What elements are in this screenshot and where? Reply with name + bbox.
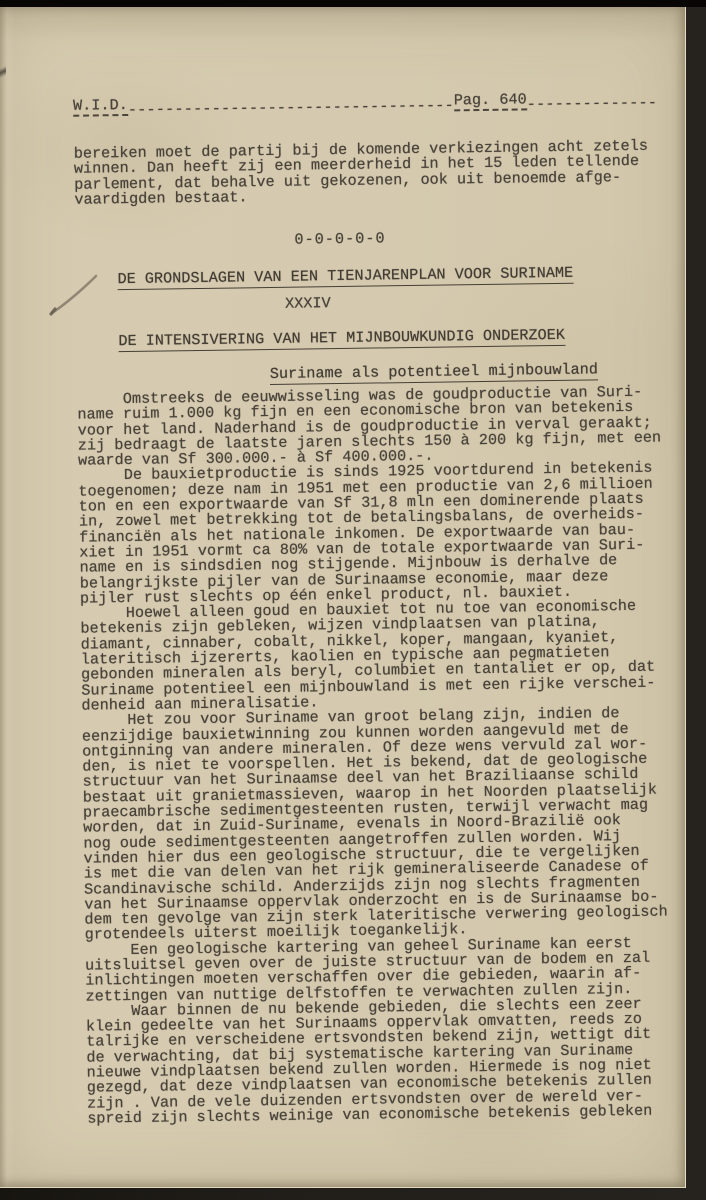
- document-title-row: DE GRONDSLAGEN VAN EEN TIENJARENPLAN VOO…: [117, 266, 573, 291]
- chapter-numeral-row: XXXIV: [76, 293, 540, 315]
- document-subtitle: DE INTENSIVERING VAN HET MIJNBOUWKUNDIG …: [118, 328, 565, 353]
- chapter-numeral: XXXIV: [285, 294, 331, 313]
- header-rule-dashes: -----------------------------------: [128, 98, 454, 118]
- archive-code: W.I.D.: [73, 98, 128, 117]
- paragraph-mineral-finds: Hoewel alleen goud en bauxiet tot nu toe…: [80, 599, 665, 714]
- header-rule-dashes-end: --------------: [527, 96, 658, 113]
- scanned-document-page: W.I.D. ---------------------------------…: [0, 0, 706, 1200]
- document-subtitle-row: DE INTENSIVERING VAN HET MIJNBOUWKUNDIG …: [118, 328, 565, 353]
- section-heading: Suriname als potentieel mijnbouwland: [270, 362, 598, 385]
- page-header: W.I.D. ---------------------------------…: [73, 91, 657, 117]
- paragraph-intro: bereiken moet de partij bij de komende v…: [74, 139, 649, 208]
- body-text: Omstreeks de eeuwwisseling was de goudpr…: [77, 385, 670, 1127]
- paragraph-expectations: Waar binnen de nu bekende gebieden, die …: [86, 996, 671, 1127]
- section-heading-row: Suriname als potentieel mijnbouwland: [270, 362, 598, 385]
- section-separator: 0-0-0-0-0: [75, 228, 605, 251]
- page-number: Pag. 640: [454, 92, 527, 111]
- paragraph-bauxite-production: De bauxietproductie is sinds 1925 voortd…: [78, 461, 663, 607]
- paper-sheet: W.I.D. ---------------------------------…: [0, 7, 686, 1188]
- paragraph-gold-production: Omstreeks de eeuwwisseling was de goudpr…: [77, 385, 661, 470]
- paragraph-geological-mapping: Een geologische kartering van geheel Sur…: [85, 935, 669, 1004]
- document-title: DE GRONDSLAGEN VAN EEN TIENJARENPLAN VOO…: [117, 266, 573, 291]
- page-content: W.I.D. ---------------------------------…: [0, 2, 693, 1191]
- paragraph-geological-structure: Het zou voor Suriname van groot belang z…: [82, 706, 668, 944]
